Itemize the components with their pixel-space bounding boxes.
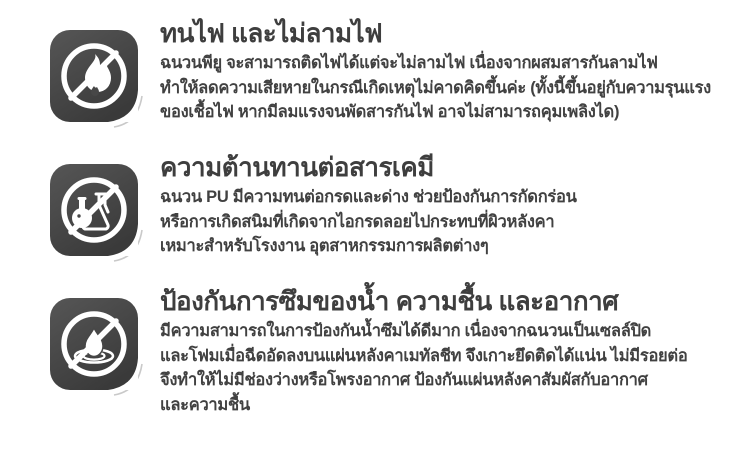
body-line: และความชื้น xyxy=(160,393,730,418)
feature-body-water: มีความสามารถในการป้องกันน้ำซึมได้ดีมาก เ… xyxy=(160,319,730,417)
no-chemicals-icon xyxy=(48,162,144,262)
feature-text-chemical: ความต้านทานต่อสารเคมี ฉนวน PU มีความทนต่… xyxy=(160,152,730,259)
body-line: ฉนวน PU มีความทนต่อกรดและด่าง ช่วยป้องกั… xyxy=(160,185,730,210)
feature-heading-chemical: ความต้านทานต่อสารเคมี xyxy=(160,152,730,182)
body-line: ฉนวนพียู จะสามารถติดไฟได้แต่จะไม่ลามไฟ เ… xyxy=(160,51,730,76)
feature-body-chemical: ฉนวน PU มีความทนต่อกรดและด่าง ช่วยป้องกั… xyxy=(160,185,730,259)
feature-heading-fire: ทนไฟ และไม่ลามไฟ xyxy=(160,18,730,48)
body-line: และโฟมเมื่อฉีดอัดลงบนแผ่นหลังคาเมทัลชีท … xyxy=(160,344,730,369)
feature-water-protection: ป้องกันการซึมของน้ำ ความชื้น และอากาศ มี… xyxy=(48,286,730,417)
body-line: จึงทำให้ไม่มีช่องว่างหรือโพรงอากาศ ป้องก… xyxy=(160,368,730,393)
body-line: มีความสามารถในการป้องกันน้ำซึมได้ดีมาก เ… xyxy=(160,319,730,344)
no-water-icon xyxy=(48,296,144,396)
feature-chemical-resistance: ความต้านทานต่อสารเคมี ฉนวน PU มีความทนต่… xyxy=(48,152,730,262)
body-line: ของเชื้อไฟ หากมีลมแรงจนพัดสารกันไฟ อาจไม… xyxy=(160,100,730,125)
feature-heading-water: ป้องกันการซึมของน้ำ ความชื้น และอากาศ xyxy=(160,286,730,316)
body-line: เหมาะสำหรับโรงงาน อุตสาหกรรมการผลิตต่างๆ xyxy=(160,234,730,259)
insulation-benefits-infographic: ทนไฟ และไม่ลามไฟ ฉนวนพียู จะสามารถติดไฟไ… xyxy=(0,0,750,463)
body-line: หรือการเกิดสนิมที่เกิดจากไอกรดลอยไปกระทบ… xyxy=(160,210,730,235)
no-fire-icon xyxy=(48,28,144,128)
body-line: ทำให้ลดความเสียหายในกรณีเกิดเหตุไม่คาดคิ… xyxy=(160,76,730,101)
feature-body-fire: ฉนวนพียู จะสามารถติดไฟได้แต่จะไม่ลามไฟ เ… xyxy=(160,51,730,125)
feature-text-fire: ทนไฟ และไม่ลามไฟ ฉนวนพียู จะสามารถติดไฟไ… xyxy=(160,18,730,125)
feature-text-water: ป้องกันการซึมของน้ำ ความชื้น และอากาศ มี… xyxy=(160,286,730,417)
feature-fire-resistance: ทนไฟ และไม่ลามไฟ ฉนวนพียู จะสามารถติดไฟไ… xyxy=(48,18,730,128)
